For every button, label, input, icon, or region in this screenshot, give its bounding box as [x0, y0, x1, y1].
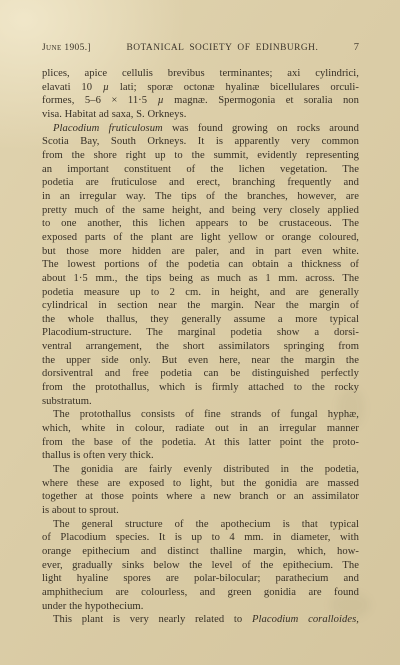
text-segment: pretty much of the same height, and bein… — [42, 205, 359, 216]
text-segment: dorsiventral and free podetia can be dis… — [42, 368, 359, 379]
text-segment: under the hypothecium. — [42, 601, 143, 612]
text-line: elavati 10 µ lati; sporæ octonæ hyalinæ … — [42, 81, 359, 95]
text-line: exposed parts of the plant are light yel… — [42, 231, 359, 245]
text-segment: substratum. — [42, 396, 92, 407]
text-segment: ventral arrangement, the short assimilat… — [42, 341, 359, 352]
text-segment: about 1·5 mm., the tips being as much as… — [42, 273, 359, 284]
text-segment: cylindrical in section near the margin. … — [42, 300, 359, 311]
text-segment: light hyaline spores are polar-bilocular… — [42, 573, 359, 584]
text-segment: Scotia Bay, South Orkneys. It is apparen… — [42, 136, 359, 147]
text-line: cylindrical in section near the margin. … — [42, 299, 359, 313]
text-line: The gonidia are fairly evenly distribute… — [42, 463, 359, 477]
text-segment: amphithecium are colourless, and green g… — [42, 587, 359, 598]
text-segment: exposed parts of the plant are light yel… — [42, 232, 359, 243]
text-segment: orange epithecium and distinct thalline … — [42, 546, 359, 557]
text-line: The lowest portions of the podetia can o… — [42, 258, 359, 272]
text-segment: plices, apice cellulis brevibus terminan… — [42, 68, 359, 79]
text-line: ever, gradually sinks below the level of… — [42, 559, 359, 573]
text-line: which, white in colour, radiate out in a… — [42, 422, 359, 436]
text-line: about 1·5 mm., the tips being as much as… — [42, 272, 359, 286]
text-line: thallus is often very thick. — [42, 449, 359, 463]
text-segment: together at those points where a new bra… — [42, 491, 359, 502]
text-segment: This plant is very nearly related to — [53, 614, 252, 625]
text-line: light hyaline spores are polar-bilocular… — [42, 572, 359, 586]
text-segment: from the base of the podetia. At this la… — [42, 437, 359, 448]
text-line: dorsiventral and free podetia can be dis… — [42, 367, 359, 381]
text-segment: formes, 5–6 × 11·5 — [42, 95, 158, 106]
text-line: pretty much of the same height, and bein… — [42, 204, 359, 218]
text-segment: visa. Habitat ad saxa, S. Orkneys. — [42, 109, 186, 120]
text-line: is about to sprout. — [42, 504, 359, 518]
text-line: an important constituent of the lichen v… — [42, 163, 359, 177]
text-line: the upper side only. But even here, near… — [42, 354, 359, 368]
text-segment: to one another, this lichen appears to b… — [42, 218, 359, 229]
text-line: but those more hidden are paler, and in … — [42, 245, 359, 259]
text-segment: podetia measure up to 2 cm. in height, a… — [42, 287, 359, 298]
text-segment: podetia are fruticulose and erect, branc… — [42, 177, 359, 188]
text-segment: from the protothallus, which is firmly a… — [42, 382, 359, 393]
text-segment: the upper side only. But even here, near… — [42, 355, 359, 366]
text-segment: thallus is often very thick. — [42, 450, 154, 461]
text-segment: the whole thallus, they generally assume… — [42, 314, 359, 325]
running-header: June 1905.] BOTANICAL SOCIETY OF EDINBUR… — [42, 42, 359, 53]
text-line: of Placodium species. It is up to 4 mm. … — [42, 531, 359, 545]
text-line: amphithecium are colourless, and green g… — [42, 586, 359, 600]
text-line: The protothallus consists of fine strand… — [42, 408, 359, 422]
text-segment: The lowest portions of the podetia can o… — [42, 259, 359, 270]
text-line: visa. Habitat ad saxa, S. Orkneys. — [42, 108, 359, 122]
text-line: the whole thallus, they generally assume… — [42, 313, 359, 327]
scanned-page: June 1905.] BOTANICAL SOCIETY OF EDINBUR… — [0, 0, 400, 665]
text-segment: of Placodium species. It is up to 4 mm. … — [42, 532, 359, 543]
text-segment: where these are exposed to light, but th… — [42, 478, 359, 489]
italic-text-segment: Placodium fruticulosum — [53, 123, 163, 134]
text-line: podetia measure up to 2 cm. in height, a… — [42, 286, 359, 300]
page-number: 7 — [354, 42, 359, 53]
text-segment: magnæ. Spermogonia et soralia non — [164, 95, 359, 106]
text-line: from the base of the podetia. At this la… — [42, 436, 359, 450]
text-line: in an irregular way. The tips of the bra… — [42, 190, 359, 204]
text-segment: Placodium-structure. The marginal podeti… — [42, 327, 359, 338]
text-line: podetia are fruticulose and erect, branc… — [42, 176, 359, 190]
text-line: Scotia Bay, South Orkneys. It is apparen… — [42, 135, 359, 149]
italic-text-segment: Placodium coralloides, — [252, 614, 359, 625]
text-segment: elavati 10 — [42, 82, 103, 93]
text-segment: in an irregular way. The tips of the bra… — [42, 191, 359, 202]
text-segment: from the shore right up to the summit, e… — [42, 150, 359, 161]
text-segment: but those more hidden are paler, and in … — [42, 246, 359, 257]
text-line: formes, 5–6 × 11·5 µ magnæ. Spermogonia … — [42, 94, 359, 108]
body-text: plices, apice cellulis brevibus terminan… — [42, 67, 359, 627]
text-segment: The general structure of the apothecium … — [53, 519, 359, 530]
text-line: ventral arrangement, the short assimilat… — [42, 340, 359, 354]
text-line: Placodium fruticulosum was found growing… — [42, 122, 359, 136]
text-line: from the protothallus, which is firmly a… — [42, 381, 359, 395]
header-journal-title: BOTANICAL SOCIETY OF EDINBURGH. — [91, 43, 354, 53]
text-segment: The protothallus consists of fine strand… — [53, 409, 359, 420]
text-line: where these are exposed to light, but th… — [42, 477, 359, 491]
text-line: under the hypothecium. — [42, 600, 359, 614]
text-segment: which, white in colour, radiate out in a… — [42, 423, 359, 434]
text-segment: lati; sporæ octonæ hyalinæ bicellulares … — [109, 82, 359, 93]
text-line: This plant is very nearly related to Pla… — [42, 613, 359, 627]
text-segment: was found growing on rocks around — [163, 123, 359, 134]
text-segment: The gonidia are fairly evenly distribute… — [53, 464, 359, 475]
text-segment: an important constituent of the lichen v… — [42, 164, 359, 175]
text-segment: ever, gradually sinks below the level of… — [42, 560, 359, 571]
text-line: from the shore right up to the summit, e… — [42, 149, 359, 163]
text-line: to one another, this lichen appears to b… — [42, 217, 359, 231]
text-line: Placodium-structure. The marginal podeti… — [42, 326, 359, 340]
text-line: The general structure of the apothecium … — [42, 518, 359, 532]
text-line: substratum. — [42, 395, 359, 409]
header-issue-date: June 1905.] — [42, 43, 91, 53]
text-line: orange epithecium and distinct thalline … — [42, 545, 359, 559]
text-segment: is about to sprout. — [42, 505, 119, 516]
text-line: plices, apice cellulis brevibus terminan… — [42, 67, 359, 81]
text-line: together at those points where a new bra… — [42, 490, 359, 504]
